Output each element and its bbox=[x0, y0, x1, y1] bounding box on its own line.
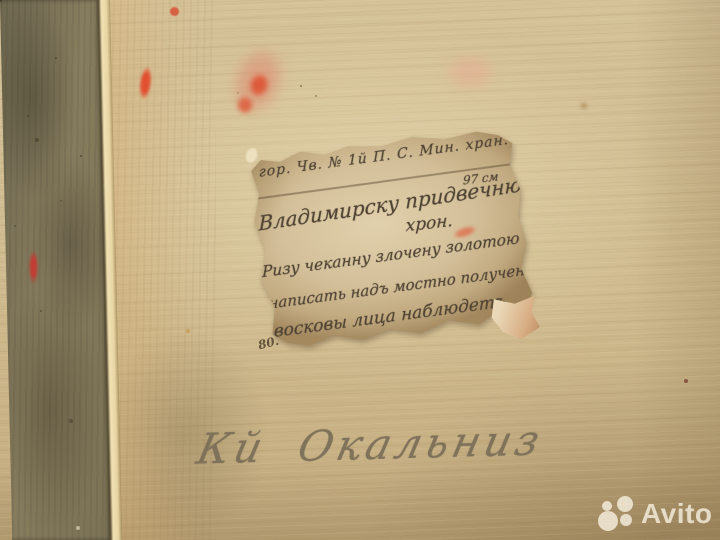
label-text-line-2: Владимирску придвечню bbox=[258, 172, 522, 236]
pencil-inscription: Кй Окальниз bbox=[193, 415, 549, 473]
red-paint-stain-left-edge bbox=[27, 244, 40, 290]
left-panel-edge-dark bbox=[0, 0, 112, 540]
label-text-line-2b: хрон. bbox=[406, 211, 454, 237]
red-paint-dot bbox=[170, 7, 179, 16]
avito-logo-icon bbox=[594, 495, 636, 533]
pink-paint-stain bbox=[434, 46, 506, 98]
red-paint-stain-2-core bbox=[233, 92, 257, 118]
wood-speckles bbox=[0, 0, 2, 2]
avito-wordmark: Avito bbox=[641, 498, 712, 530]
avito-watermark: Avito bbox=[594, 495, 712, 533]
photo-of-icon-panel-back: гор. Чв. № 1й П. С. Мин. хран. 97 см Вла… bbox=[0, 0, 720, 540]
